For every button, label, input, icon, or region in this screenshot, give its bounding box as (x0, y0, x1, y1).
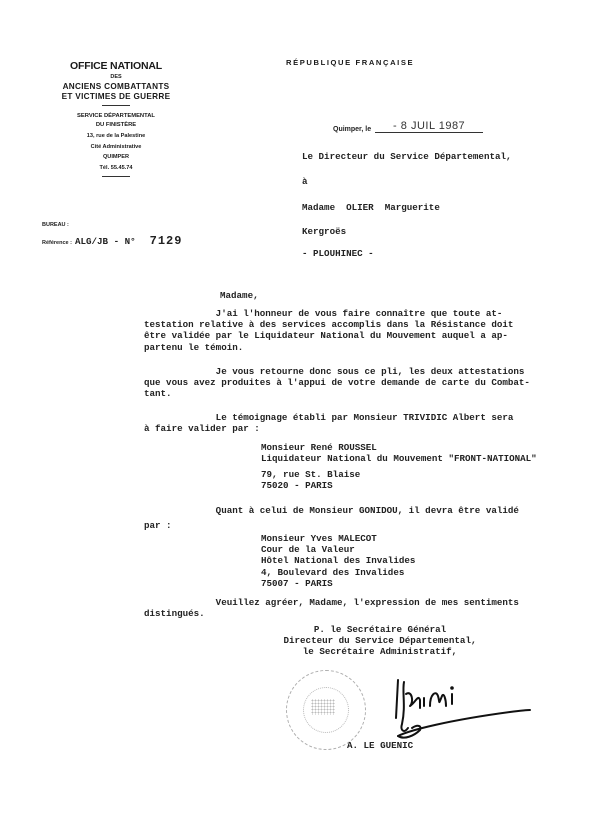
handwritten-signature (390, 672, 540, 744)
phone: Tél. 55.45.74 (16, 163, 216, 174)
line: Veuillez agréer, Madame, l'expression de… (144, 597, 519, 608)
address-city: QUIMPER (16, 152, 216, 163)
line: J'ai l'honneur de vous faire connaître q… (144, 308, 513, 319)
address-block-1-street: 79, rue St. Blaise 75020 - PARIS (261, 469, 360, 491)
reference-label: Référence : (42, 240, 72, 246)
date-line: Quimper, le - 8 JUIL 1987 (333, 120, 483, 133)
to: à (302, 176, 308, 187)
salutation: Madame, (220, 290, 259, 301)
reference-number: 7129 (150, 234, 183, 248)
line: Monsieur Yves MALECOT (261, 533, 415, 544)
line: à faire valider par : (144, 423, 513, 434)
divider (102, 176, 130, 177)
line: Monsieur René ROUSSEL (261, 442, 537, 453)
line: Quant à celui de Monsieur GONIDOU, il de… (144, 505, 519, 516)
letterhead-line3: ANCIENS COMBATTANTS (16, 82, 216, 91)
service-dept: DU FINISTÈRE (16, 121, 216, 130)
line: partenu le témoin. (144, 342, 513, 353)
line: testation relative à des services accomp… (144, 319, 513, 330)
letterhead-line4: ET VICTIMES DE GUERRE (16, 92, 216, 101)
letterhead: OFFICE NATIONAL DES ANCIENS COMBATTANTS … (16, 60, 216, 183)
signature-line-2: Directeur du Service Départemental, (270, 635, 490, 646)
line: Hôtel National des Invalides (261, 555, 415, 566)
line: par : (144, 520, 519, 531)
line: 4, Boulevard des Invalides (261, 567, 415, 578)
stamp-emblem (311, 699, 335, 715)
letterhead-des: DES (16, 74, 216, 80)
signature-block: P. le Secrétaire Général Directeur du Se… (270, 624, 490, 658)
paragraph-1: J'ai l'honneur de vous faire connaître q… (144, 308, 513, 353)
line: Liquidateur National du Mouvement "FRONT… (261, 453, 537, 464)
paragraph-2: Je vous retourne donc sous ce pli, les d… (144, 366, 530, 400)
reference-code: ALG/JB - N° (75, 236, 136, 247)
signatory-name: A. LE GUENIC (347, 740, 413, 751)
sender: Le Directeur du Service Départemental, (302, 151, 512, 162)
recipient-place: Kergroës (302, 226, 346, 237)
paragraph-3: Le témoignage établi par Monsieur TRIVID… (144, 412, 513, 434)
line: 75007 - PARIS (261, 578, 415, 589)
date-stamp: - 8 JUIL 1987 (375, 120, 483, 133)
official-stamp (286, 670, 366, 750)
line: que vous avez produites à l'appui de vot… (144, 377, 530, 388)
line: Cour de la Valeur (261, 544, 415, 555)
paragraph-4: Quant à celui de Monsieur GONIDOU, il de… (144, 505, 519, 531)
date-label: Quimper, le (333, 126, 371, 133)
line: Le témoignage établi par Monsieur TRIVID… (144, 412, 513, 423)
address-cite: Cité Administrative (16, 142, 216, 153)
recipient-name: Madame OLIER Marguerite (302, 202, 440, 213)
line: Je vous retourne donc sous ce pli, les d… (144, 366, 530, 377)
republic-heading: RÉPUBLIQUE FRANÇAISE (286, 58, 414, 67)
signature-line-1: P. le Secrétaire Général (270, 624, 490, 635)
signature-line-3: le Secrétaire Administratif, (270, 646, 490, 657)
letterhead-title: OFFICE NATIONAL (16, 60, 216, 72)
line: 75020 - PARIS (261, 480, 360, 491)
service-name: SERVICE DÉPARTEMENTAL (16, 112, 216, 121)
line: 79, rue St. Blaise (261, 469, 360, 480)
divider (102, 105, 130, 106)
address-block-1: Monsieur René ROUSSEL Liquidateur Nation… (261, 442, 537, 464)
address-block-2: Monsieur Yves MALECOT Cour de la Valeur … (261, 533, 415, 589)
closing: Veuillez agréer, Madame, l'expression de… (144, 597, 519, 619)
address-street: 13, rue de la Palestine (16, 131, 216, 142)
line: tant. (144, 388, 530, 399)
line: être validée par le Liquidateur National… (144, 330, 513, 341)
recipient-town: - PLOUHINEC - (302, 248, 374, 259)
reference: Référence : ALG/JB - N° 7129 (42, 234, 182, 248)
bureau-label: BUREAU : (42, 222, 69, 228)
line: distingués. (144, 608, 519, 619)
